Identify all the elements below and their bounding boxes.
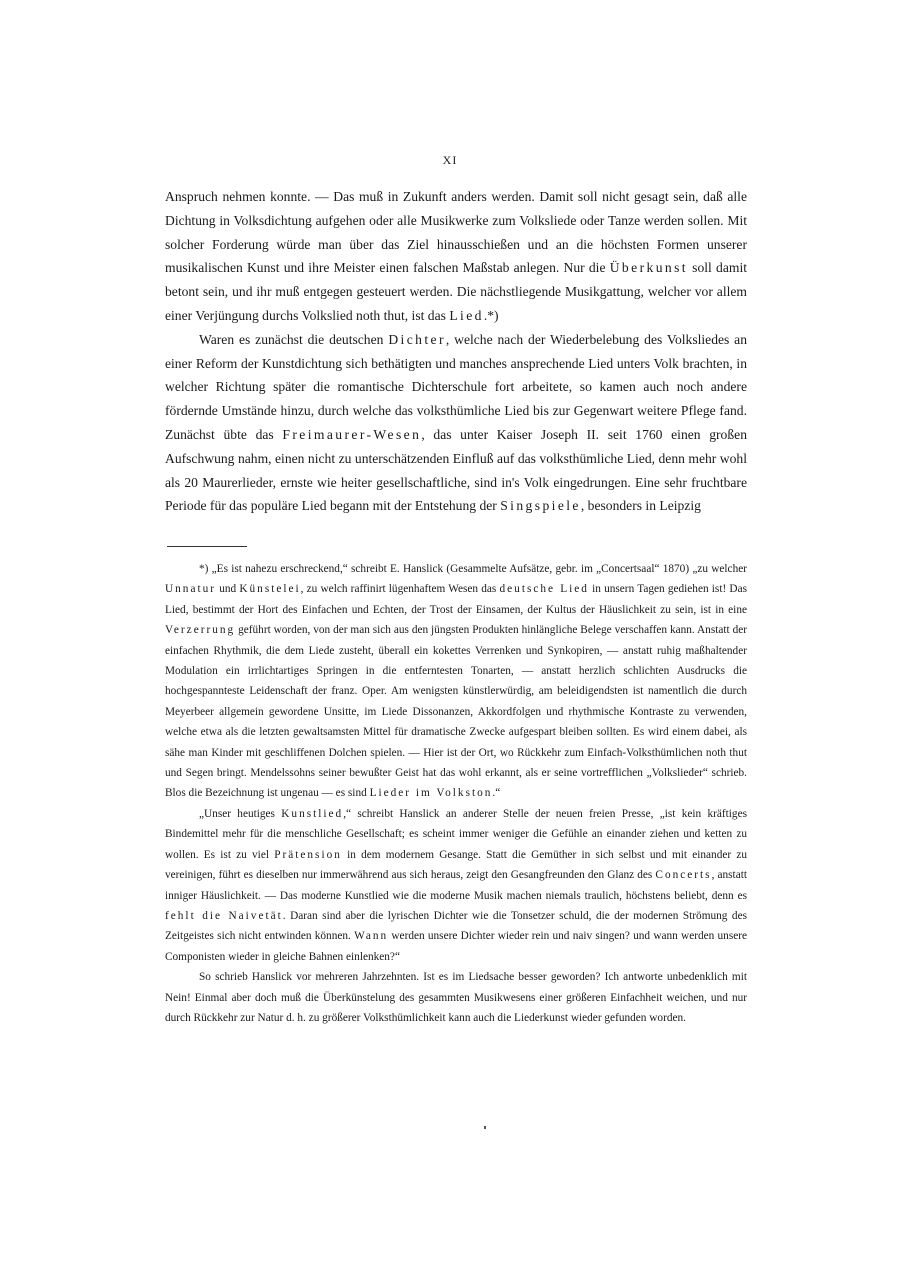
text-run: geführt worden, von der man sich aus den… (165, 624, 747, 799)
paragraph-1: Anspruch nehmen konnte. — Das muß in Zuk… (165, 185, 747, 328)
text-run: .“ (492, 787, 500, 799)
scan-speck (484, 1126, 486, 1129)
footnote-3: So schrieb Hanslick vor mehreren Jahrzeh… (165, 967, 747, 1028)
text-run: , zu welch raffinirt lügenhaftem Wesen d… (301, 583, 500, 595)
emphasis: Verzerrung (165, 624, 235, 636)
emphasis: Kunstlied (281, 808, 343, 820)
emphasis: Concerts (655, 869, 711, 881)
text-run: , welche nach der Wiederbelebung des Vol… (165, 332, 747, 442)
footnotes: *) „Es ist nahezu erschreckend,“ schreib… (165, 559, 747, 1028)
main-text: Anspruch nehmen konnte. — Das muß in Zuk… (165, 185, 747, 518)
text-run: und (216, 583, 239, 595)
emphasis-ueberkunst: Überkunst (610, 260, 688, 275)
page-number: XI (0, 153, 900, 168)
text-run: , besonders in Leipzig (581, 498, 701, 513)
emphasis: Wann (354, 930, 388, 942)
emphasis: Künstelei (239, 583, 300, 595)
text-run: „Unser heutiges (199, 808, 281, 820)
text-run: *) „Es ist nahezu erschreckend,“ schreib… (199, 563, 747, 575)
footnote-1: *) „Es ist nahezu erschreckend,“ schreib… (165, 559, 747, 804)
emphasis: Lieder im Volkston (370, 787, 493, 799)
emphasis: deutsche Lied (500, 583, 589, 595)
footnote-2: „Unser heutiges Kunstlied,“ schreibt Han… (165, 804, 747, 967)
emphasis-lied: Lied (449, 308, 484, 323)
emphasis: fehlt die Naivetät (165, 910, 283, 922)
footnote-divider (167, 546, 247, 547)
emphasis-freimaurer: Freimaurer-Wesen (282, 427, 421, 442)
emphasis: Unnatur (165, 583, 216, 595)
emphasis: Prätension (274, 849, 342, 861)
emphasis-singspiele: Singspiele (500, 498, 581, 513)
emphasis-dichter: Dichter (388, 332, 446, 347)
text-run: Waren es zunächst die deutschen (199, 332, 388, 347)
footnote-ref: .*) (484, 308, 499, 323)
paragraph-2: Waren es zunächst die deutschen Dichter,… (165, 328, 747, 518)
